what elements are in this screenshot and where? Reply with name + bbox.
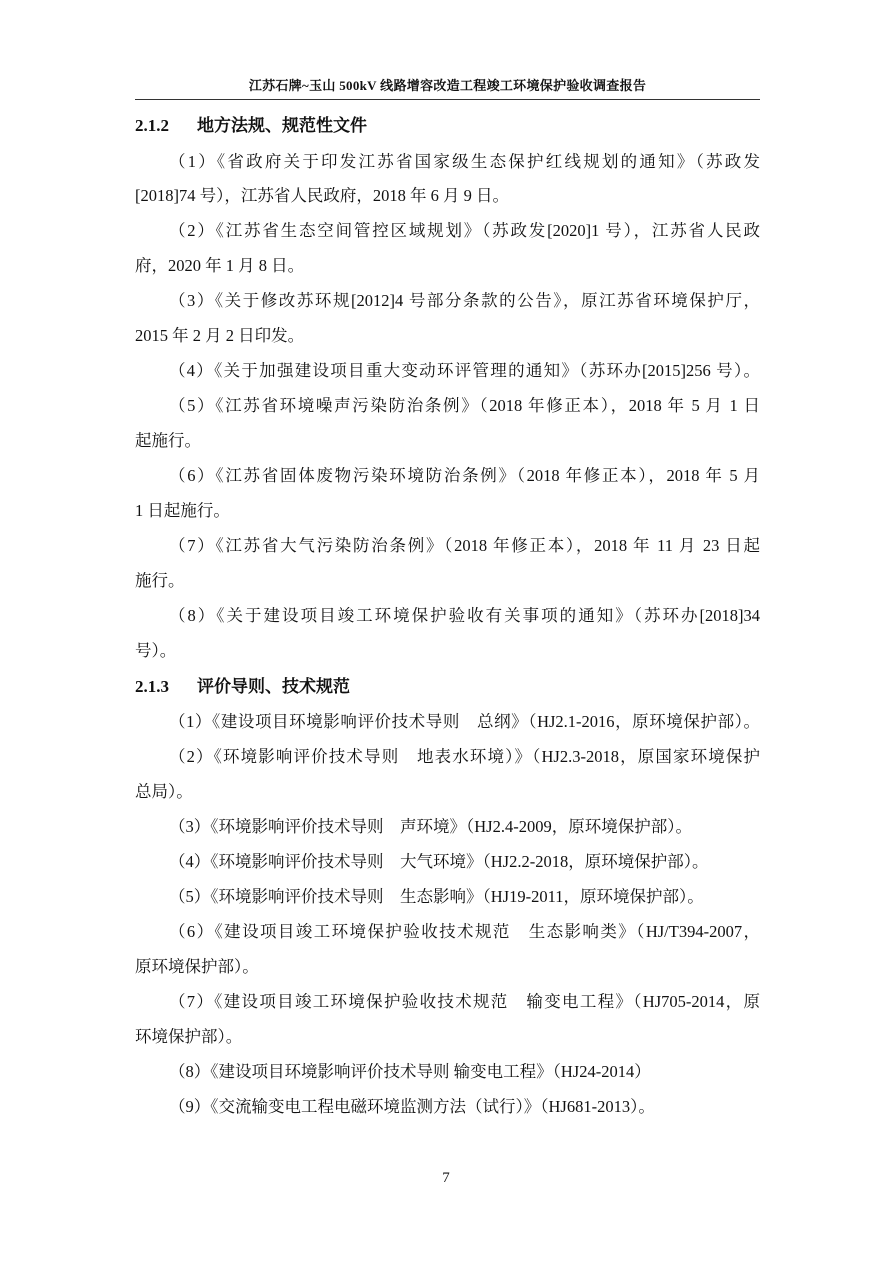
section-number: 2.1.2 xyxy=(135,114,197,138)
paragraph-line: 施行。 xyxy=(135,569,760,593)
paragraph-line: 1 日起施行。 xyxy=(135,499,760,523)
paragraph-line: （4）《环境影响评价技术导则 大气环境》（HJ2.2-2018，原环境保护部）。 xyxy=(135,850,760,874)
paragraph-line: 总局）。 xyxy=(135,780,760,804)
paragraph-line: （1）《建设项目环境影响评价技术导则 总纲》（HJ2.1-2016，原环境保护部… xyxy=(135,710,760,734)
page-number: 7 xyxy=(0,1168,892,1188)
paragraph-line: （3）《关于修改苏环规[2012]4 号部分条款的公告》，原江苏省环境保护厅， xyxy=(135,289,760,313)
running-header: 江苏石牌~玉山 500kV 线路增容改造工程竣工环境保护验收调查报告 xyxy=(135,76,760,96)
paragraph-line: （2）《环境影响评价技术导则 地表水环境）》（HJ2.3-2018，原国家环境保… xyxy=(135,745,760,769)
paragraph-line: 2015 年 2 月 2 日印发。 xyxy=(135,324,760,348)
paragraph-line: （6）《江苏省固体废物污染环境防治条例》（2018 年修正本），2018 年 5… xyxy=(135,464,760,488)
paragraph-line: 环境保护部）。 xyxy=(135,1025,760,1049)
section-heading-2-1-2: 2.1.2地方法规、规范性文件 xyxy=(135,114,367,138)
paragraph-line: 号）。 xyxy=(135,639,760,663)
paragraph-line: 起施行。 xyxy=(135,429,760,453)
paragraph-line: （7）《江苏省大气污染防治条例》（2018 年修正本），2018 年 11 月 … xyxy=(135,534,760,558)
section-title: 地方法规、规范性文件 xyxy=(197,116,367,135)
section-number: 2.1.3 xyxy=(135,675,197,699)
paragraph-line: [2018]74 号），江苏省人民政府，2018 年 6 月 9 日。 xyxy=(135,184,760,208)
header-divider xyxy=(135,99,760,100)
paragraph-line: （4）《关于加强建设项目重大变动环评管理的通知》（苏环办[2015]256 号）… xyxy=(135,359,760,383)
paragraph-line: （9）《交流输变电工程电磁环境监测方法（试行）》（HJ681-2013）。 xyxy=(135,1095,760,1119)
paragraph-line: （3）《环境影响评价技术导则 声环境》（HJ2.4-2009，原环境保护部）。 xyxy=(135,815,760,839)
paragraph-line: （1）《省政府关于印发江苏省国家级生态保护红线规划的通知》（苏政发 xyxy=(135,150,760,174)
paragraph-line: （6）《建设项目竣工环境保护验收技术规范 生态影响类》（HJ/T394-2007… xyxy=(135,920,760,944)
paragraph-line: （8）《关于建设项目竣工环境保护验收有关事项的通知》（苏环办[2018]34 xyxy=(135,604,760,628)
section-title: 评价导则、技术规范 xyxy=(197,677,350,696)
paragraph-line: 原环境保护部）。 xyxy=(135,955,760,979)
section-heading-2-1-3: 2.1.3评价导则、技术规范 xyxy=(135,675,350,699)
paragraph-line: （7）《建设项目竣工环境保护验收技术规范 输变电工程》（HJ705-2014，原 xyxy=(135,990,760,1014)
paragraph-line: 府，2020 年 1 月 8 日。 xyxy=(135,254,760,278)
paragraph-line: （5）《环境影响评价技术导则 生态影响》（HJ19-2011，原环境保护部）。 xyxy=(135,885,760,909)
paragraph-line: （5）《江苏省环境噪声污染防治条例》（2018 年修正本），2018 年 5 月… xyxy=(135,394,760,418)
paragraph-line: （8）《建设项目环境影响评价技术导则 输变电工程》（HJ24-2014） xyxy=(135,1060,760,1084)
paragraph-line: （2）《江苏省生态空间管控区域规划》（苏政发[2020]1 号），江苏省人民政 xyxy=(135,219,760,243)
